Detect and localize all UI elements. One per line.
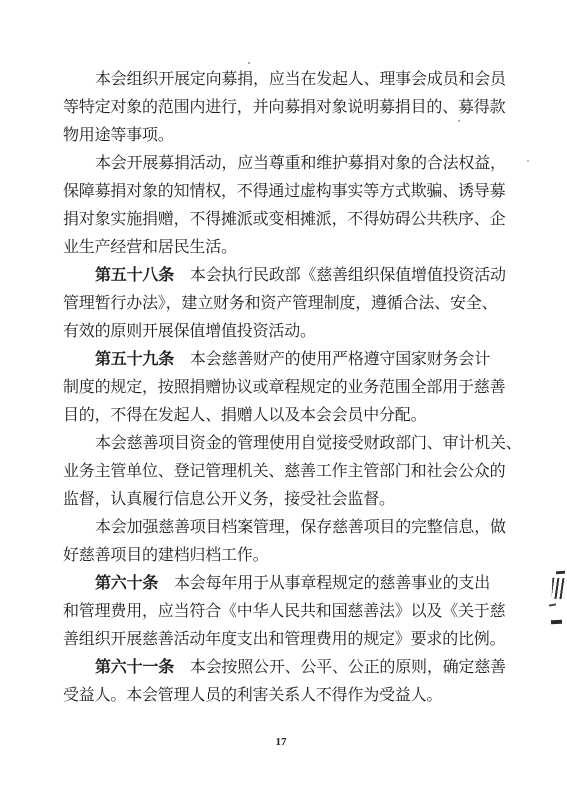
text-line: 等特定对象的范围内进行，并向募捐对象说明募捐目的、募得款 bbox=[63, 94, 513, 122]
text-line: 本会慈善项目资金的管理使用自觉接受财政部门、审计机关、 bbox=[63, 430, 513, 458]
line-text: 好慈善项目的建档归档工作。 bbox=[63, 547, 268, 564]
text-line: 本会加强慈善项目档案管理，保存慈善项目的完整信息，做 bbox=[63, 514, 513, 542]
line-text: 业务主管单位、登记管理机关、慈善工作主管部门和社会公众的 bbox=[63, 463, 505, 480]
page-number: 17 bbox=[253, 735, 309, 749]
line-text: 本会执行民政部《慈善组织保值增值投资活动 bbox=[174, 267, 506, 284]
edge-artifact-bar bbox=[556, 571, 565, 575]
text-line-article: 第五十八条 本会执行民政部《慈善组织保值增值投资活动 bbox=[63, 262, 513, 290]
line-text: 等特定对象的范围内进行，并向募捐对象说明募捐目的、募得款 bbox=[63, 99, 505, 116]
line-text: 善组织开展慈善活动年度支出和管理费用的规定》要求的比例。 bbox=[63, 631, 505, 648]
text-line: 本会组织开展定向募捐，应当在发起人、理事会成员和会员 bbox=[63, 66, 513, 94]
article-number: 第五十九条 bbox=[95, 351, 174, 368]
text-line: 受益人。本会管理人员的利害关系人不得作为受益人。 bbox=[63, 682, 513, 710]
line-text: 受益人。本会管理人员的利害关系人不得作为受益人。 bbox=[63, 687, 442, 704]
text-line: 业务主管单位、登记管理机关、慈善工作主管部门和社会公众的 bbox=[63, 458, 513, 486]
charter-text-block: 本会组织开展定向募捐，应当在发起人、理事会成员和会员 等特定对象的范围内进行，并… bbox=[63, 66, 513, 710]
text-line: 保障募捐对象的知情权，不得通过虚构事实等方式欺骗、诱导募 bbox=[63, 178, 513, 206]
text-line: 制度的规定，按照捐赠协议或章程规定的业务范围全部用于慈善 bbox=[63, 374, 513, 402]
line-text: 捐对象实施捐赠，不得摊派或变相摊派，不得妨碍公共秩序、企 bbox=[63, 211, 505, 228]
text-line-article: 第六十一条 本会按照公开、公平、公正的原则，确定慈善 bbox=[63, 654, 513, 682]
edge-artifact-glyph bbox=[552, 578, 566, 599]
edge-artifact-bar bbox=[551, 620, 562, 625]
text-line-article: 第六十条 本会每年用于从事章程规定的慈善事业的支出 bbox=[63, 570, 513, 598]
line-text: 本会加强慈善项目档案管理，保存慈善项目的完整信息，做 bbox=[95, 519, 506, 536]
text-line: 善组织开展慈善活动年度支出和管理费用的规定》要求的比例。 bbox=[63, 626, 513, 654]
article-number: 第六十一条 bbox=[95, 659, 174, 676]
edge-artifact-dash bbox=[549, 603, 556, 606]
line-text: 本会慈善项目资金的管理使用自觉接受财政部门、审计机关、 bbox=[95, 435, 522, 452]
line-text: 和管理费用，应当符合《中华人民共和国慈善法》以及《关于慈 bbox=[63, 603, 505, 620]
text-line: 本会开展募捐活动，应当尊重和维护募捐对象的合法权益， bbox=[63, 150, 513, 178]
line-text: 监督，认真履行信息公开义务，接受社会监督。 bbox=[63, 491, 395, 508]
line-text: 本会组织开展定向募捐，应当在发起人、理事会成员和会员 bbox=[95, 71, 506, 88]
scan-speck bbox=[527, 160, 529, 162]
text-line: 目的，不得在发起人、捐赠人以及本会会员中分配。 bbox=[63, 402, 513, 430]
article-number: 第六十条 bbox=[95, 575, 158, 592]
text-line: 有效的原则开展保值增值投资活动。 bbox=[63, 318, 513, 346]
article-number: 第五十八条 bbox=[95, 267, 174, 284]
text-line: 监督，认真履行信息公开义务，接受社会监督。 bbox=[63, 486, 513, 514]
document-page: 本会组织开展定向募捐，应当在发起人、理事会成员和会员 等特定对象的范围内进行，并… bbox=[0, 0, 567, 800]
text-line-article: 第五十九条 本会慈善财产的使用严格遵守国家财务会计 bbox=[63, 346, 513, 374]
text-line: 业生产经营和居民生活。 bbox=[63, 234, 513, 262]
line-text: 本会开展募捐活动，应当尊重和维护募捐对象的合法权益， bbox=[95, 155, 506, 172]
text-line: 好慈善项目的建档归档工作。 bbox=[63, 542, 513, 570]
line-text: 目的，不得在发起人、捐赠人以及本会会员中分配。 bbox=[63, 407, 426, 424]
text-line: 管理暂行办法》，建立财务和资产管理制度，遵循合法、安全、 bbox=[63, 290, 513, 318]
text-line: 物用途等事项。 bbox=[63, 122, 513, 150]
line-text: 本会按照公开、公平、公正的原则，确定慈善 bbox=[174, 659, 506, 676]
line-text: 本会每年用于从事章程规定的慈善事业的支出 bbox=[158, 575, 490, 592]
line-text: 管理暂行办法》，建立财务和资产管理制度，遵循合法、安全、 bbox=[63, 295, 497, 312]
scan-speck bbox=[248, 62, 250, 64]
line-text: 制度的规定，按照捐赠协议或章程规定的业务范围全部用于慈善 bbox=[63, 379, 505, 396]
line-text: 有效的原则开展保值增值投资活动。 bbox=[63, 323, 316, 340]
line-text: 保障募捐对象的知情权，不得通过虚构事实等方式欺骗、诱导募 bbox=[63, 183, 505, 200]
line-text: 物用途等事项。 bbox=[63, 127, 174, 144]
line-text: 业生产经营和居民生活。 bbox=[63, 239, 237, 256]
text-line: 捐对象实施捐赠，不得摊派或变相摊派，不得妨碍公共秩序、企 bbox=[63, 206, 513, 234]
line-text: 本会慈善财产的使用严格遵守国家财务会计 bbox=[174, 351, 490, 368]
text-line: 和管理费用，应当符合《中华人民共和国慈善法》以及《关于慈 bbox=[63, 598, 513, 626]
